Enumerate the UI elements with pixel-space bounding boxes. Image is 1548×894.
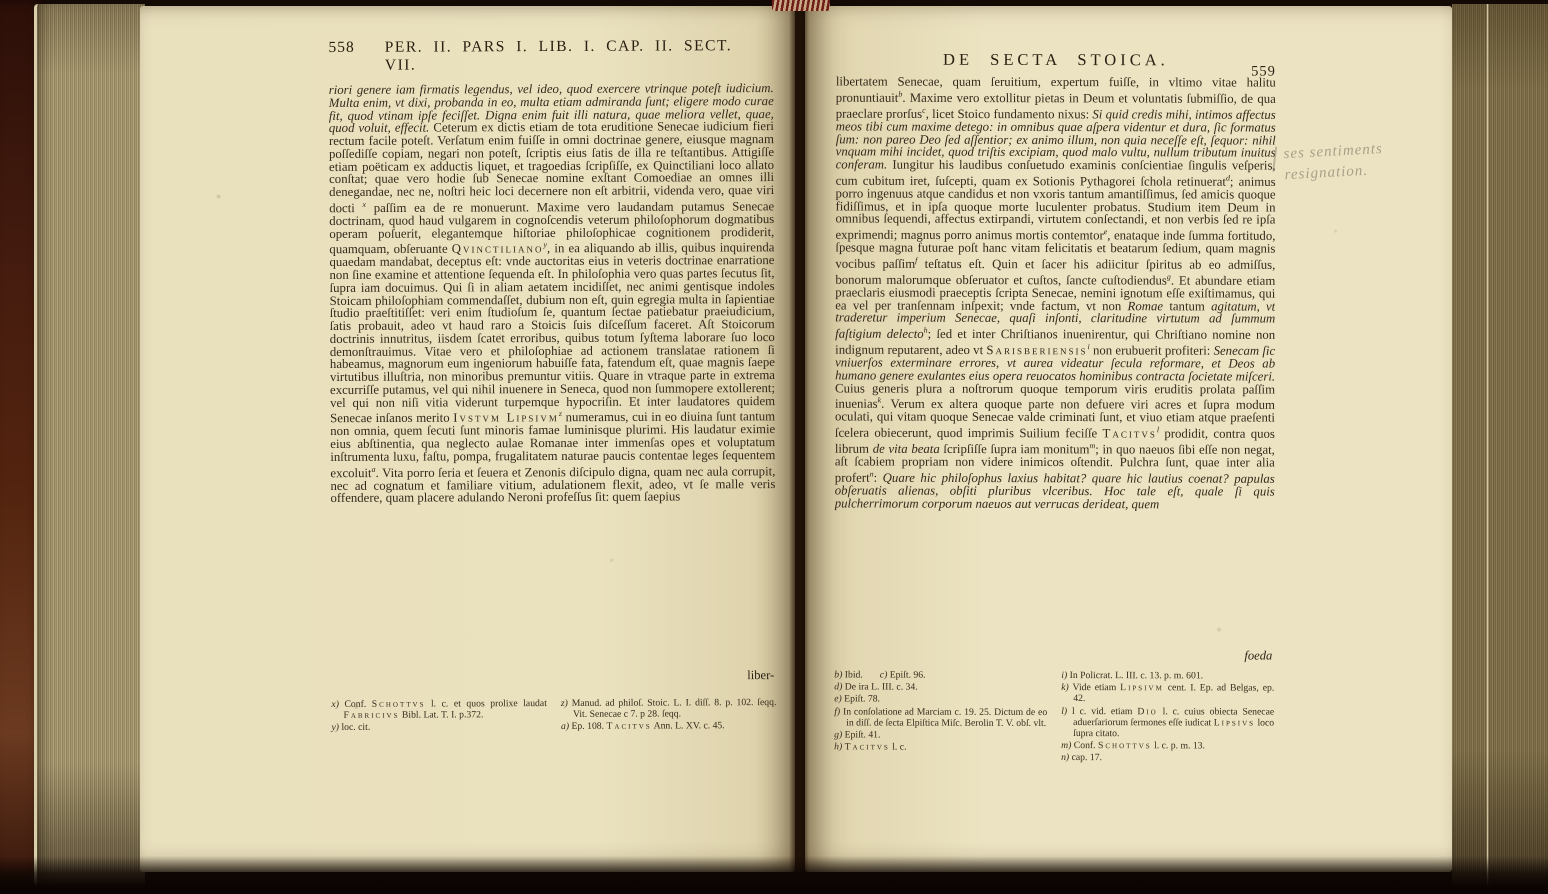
footnote-l: l) l c. vid. etiam Dio l. c. cuius obiec… [1061, 706, 1274, 740]
text-column-left: 558 PER. II. PARS I. LIB. I. CAP. II. SE… [328, 37, 776, 735]
footnote-g: g) Epiſt. 41. [834, 729, 1047, 741]
footnote-n: n) cap. 17. [1061, 752, 1274, 764]
running-header-right: DE SECTA STOICA. 559 [836, 49, 1276, 70]
footnotes-right: b) Ibid. c) Epiſt. 96. d) De ira L. III.… [834, 669, 1274, 765]
footnote-y: y) loc. cit. [331, 721, 547, 733]
catchword-right: foeda [834, 647, 1274, 663]
footnote-column-1: x) Conf. Schottvs l. c. et quos prolixe … [331, 698, 547, 735]
footnote-a: a) Ep. 108. Tacitvs Ann. L. XV. c. 45. [561, 720, 777, 732]
book-spread: 558 PER. II. PARS I. LIB. I. CAP. II. SE… [0, 0, 1548, 894]
footnote-d: d) De ira L. III. c. 34. [834, 682, 1047, 694]
book-gutter [789, 4, 809, 872]
headband [772, 0, 830, 11]
page-number-right: 559 [1251, 64, 1276, 81]
running-header-left: 558 PER. II. PARS I. LIB. I. CAP. II. SE… [328, 37, 773, 75]
handwritten-marginalia: ses sentiments resignation. [1283, 136, 1445, 186]
footnote-x: x) Conf. Schottvs l. c. et quos prolixe … [331, 698, 547, 721]
footnote-m: m) Conf. Schottvs l. c. p. m. 13. [1061, 740, 1274, 752]
page-edges-right [1452, 4, 1548, 890]
running-title-right: DE SECTA STOICA. [943, 50, 1169, 70]
footnote-column-2: z) Manud. ad philoſ. Stoic. L. I. diſſ. … [561, 697, 777, 734]
footnote-column-1: b) Ibid. c) Epiſt. 96. d) De ira L. III.… [834, 669, 1047, 764]
footnote-z: z) Manud. ad philoſ. Stoic. L. I. diſſ. … [561, 697, 777, 720]
page-edges-left [34, 4, 145, 886]
page-number-left: 558 [328, 39, 354, 57]
footnote-column-2: i) In Policrat. L. III. c. 13. p. m. 601… [1061, 670, 1274, 765]
footnote-f: f) In conſolatione ad Marciam c. 19. 25.… [834, 706, 1047, 729]
footnote-k: k) Vide etiam Lipsivm cent. I. Ep. ad Be… [1061, 682, 1274, 705]
footnotes-left: x) Conf. Schottvs l. c. et quos prolixe … [331, 697, 776, 735]
footnote-i: i) In Policrat. L. III. c. 13. p. m. 601… [1061, 670, 1274, 682]
running-title-left: PER. II. PARS I. LIB. I. CAP. II. SECT. … [385, 37, 774, 75]
catchword-left: liber- [331, 668, 776, 685]
body-text-left: riori genere iam firmatis legendus, vel … [329, 82, 777, 670]
footnote-h: h) Tacitvs l. c. [834, 742, 1047, 754]
body-text-right: libertatem Senecae, quam ſeruitium, expe… [834, 75, 1275, 648]
text-column-right: DE SECTA STOICA. 559 libertatem Senecae,… [834, 49, 1276, 765]
page-559: DE SECTA STOICA. 559 libertatem Senecae,… [805, 6, 1452, 872]
footnote-b-c: b) Ibid. c) Epiſt. 96. [834, 669, 1047, 681]
book-bottom-shadow [0, 856, 1548, 894]
page-558: 558 PER. II. PARS I. LIB. I. CAP. II. SE… [140, 6, 795, 872]
footnote-e: e) Epiſt. 78. [834, 694, 1047, 706]
